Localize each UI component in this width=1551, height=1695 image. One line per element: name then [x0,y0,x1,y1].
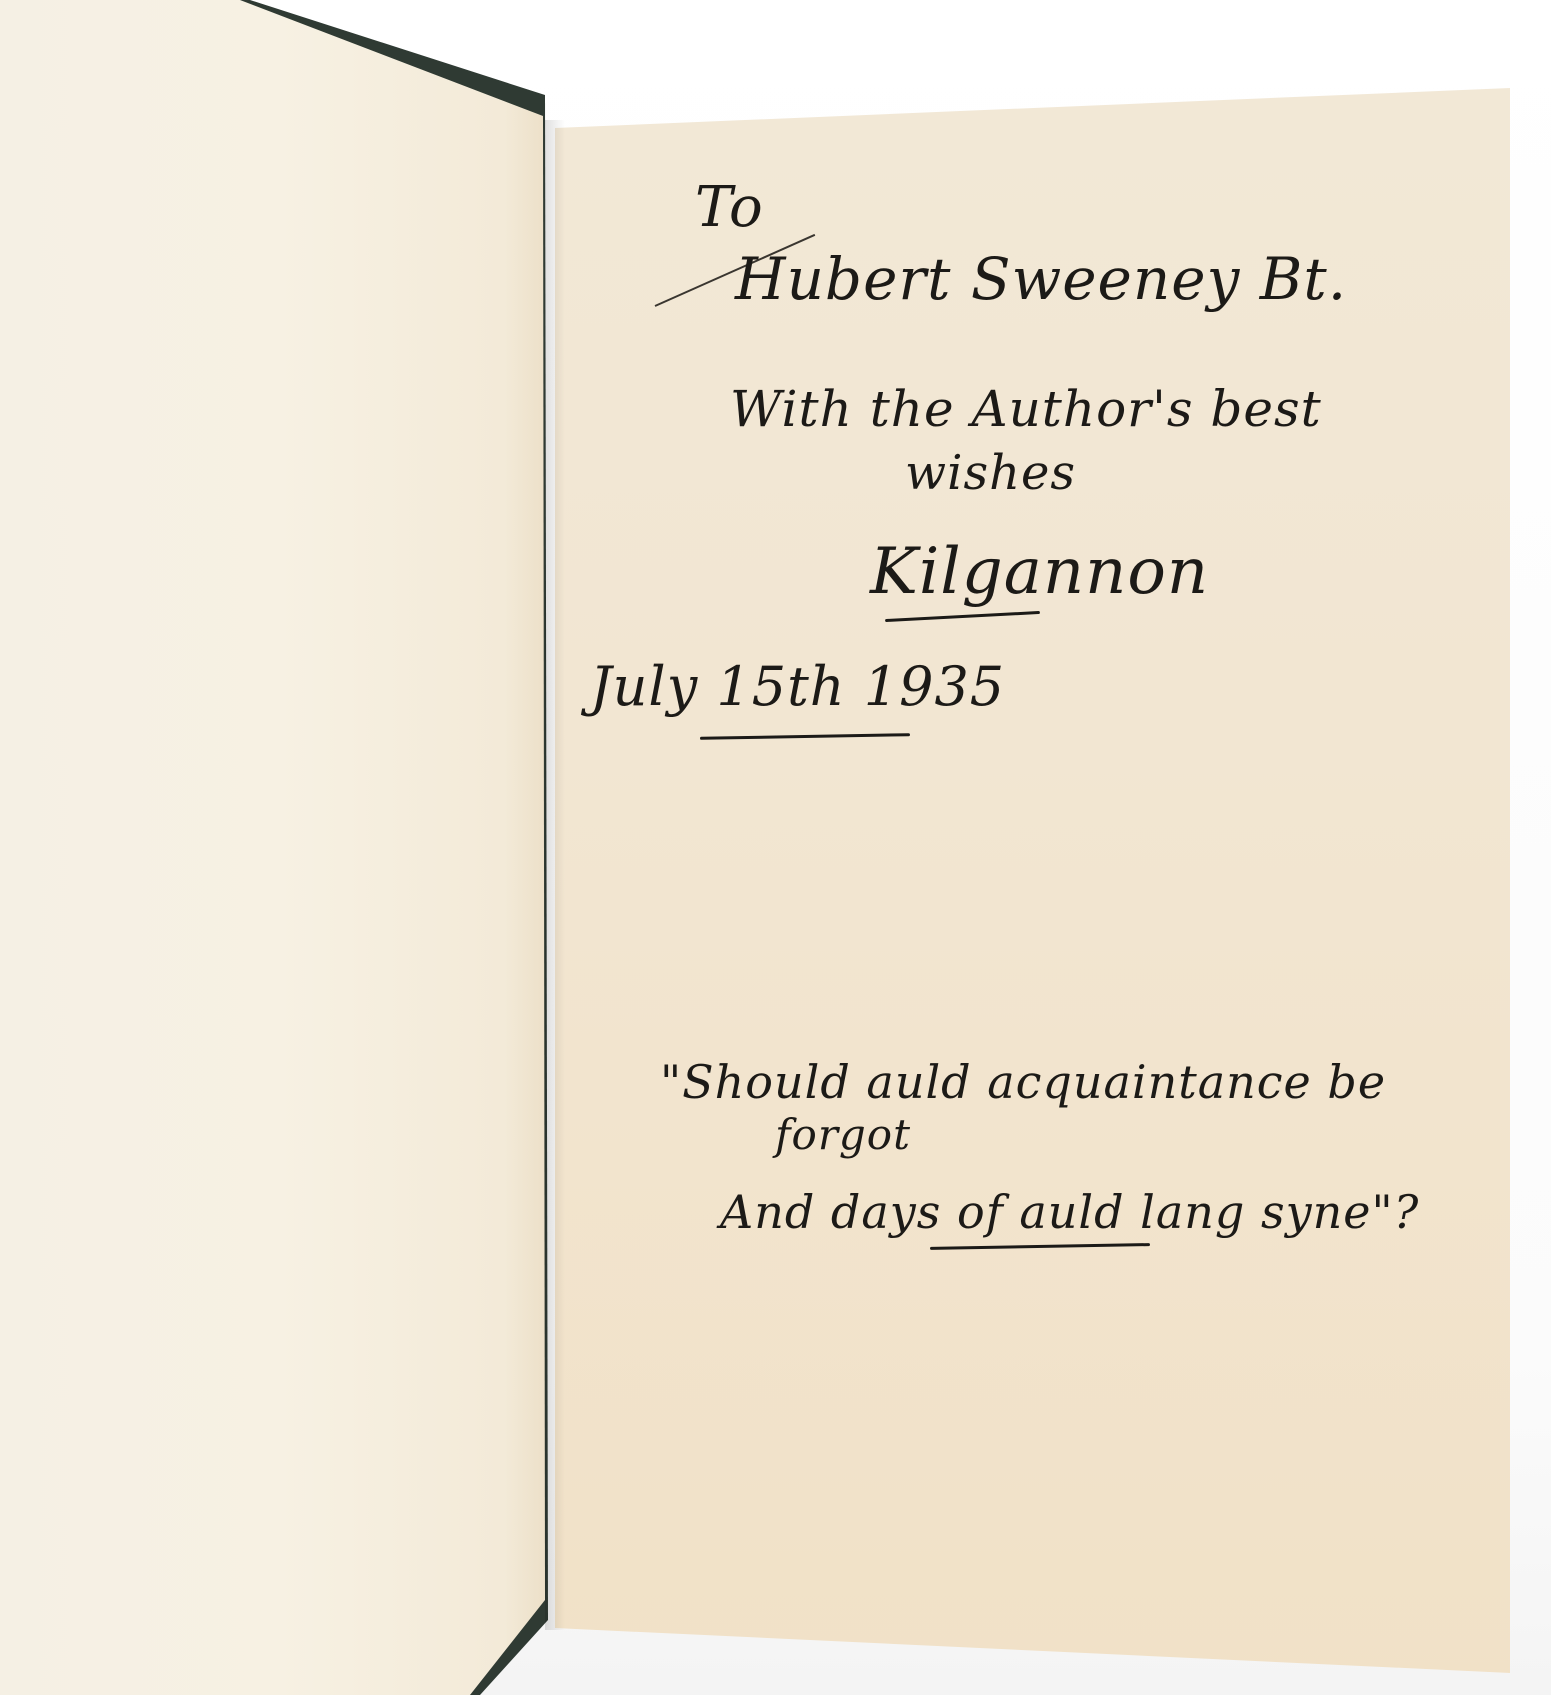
inscription-line4: wishes [905,445,1076,501]
gutter-shadow [545,120,565,1630]
right-flyleaf [555,88,1520,1688]
inscription-recipient: Hubert Sweeney Bt. [735,245,1347,313]
quote-line1: "Should auld acquaintance be [660,1055,1386,1109]
quote-line2: forgot [775,1110,911,1159]
quote-line3: And days of auld lang syne"? [720,1185,1419,1239]
inscription-to: To [695,175,764,240]
inscription-date: July 15th 1935 [590,655,1005,718]
signature: Kilgannon [870,535,1209,609]
left-endpaper [0,0,560,1695]
inscription-line3: With the Author's best [730,380,1322,438]
photo-scene: To Hubert Sweeney Bt. With the Author's … [0,0,1551,1695]
